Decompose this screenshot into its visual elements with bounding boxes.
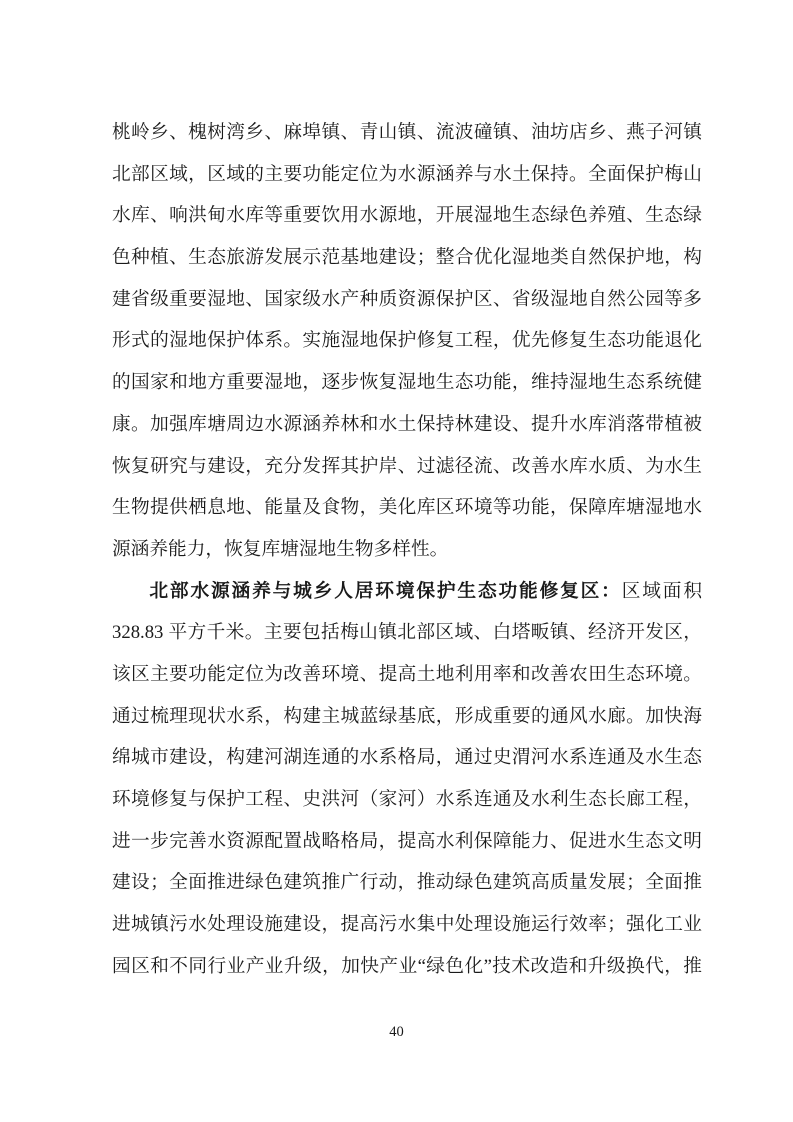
section-heading-continuation: 区域面积	[622, 581, 702, 602]
section-heading-line: 北部水源涵养与城乡人居环境保护生态功能修复区：区域面积	[112, 571, 702, 613]
section-heading: 北部水源涵养与城乡人居环境保护生态功能修复区：	[149, 581, 621, 602]
text-line: 北部区域，区域的主要功能定位为水源涵养与水土保持。全面保护梅山	[112, 154, 702, 196]
paragraph-last-line: 源涵养能力，恢复库塘湿地生物多样性。	[112, 529, 702, 571]
text-line: 桃岭乡、槐树湾乡、麻埠镇、青山镇、流波䃥镇、油坊店乡、燕子河镇	[112, 112, 702, 154]
text-line: 建设；全面推进绿色建筑推广行动，推动绿色建筑高质量发展；全面推	[112, 862, 702, 904]
text-line: 形式的湿地保护体系。实施湿地保护修复工程，优先修复生态功能退化	[112, 320, 702, 362]
text-line: 生物提供栖息地、能量及食物，美化库区环境等功能，保障库塘湿地水	[112, 487, 702, 529]
text-line: 绵城市建设，构建河湖连通的水系格局，通过史渭河水系连通及水生态	[112, 737, 702, 779]
text-line: 环境修复与保护工程、史洪河（家河）水系连通及水利生态长廊工程，	[112, 779, 702, 821]
text-line: 色种植、生态旅游发展示范基地建设；整合优化湿地类自然保护地，构	[112, 237, 702, 279]
text-line: 进城镇污水处理设施建设，提高污水集中处理设施运行效率；强化工业	[112, 904, 702, 946]
text-line: 该区主要功能定位为改善环境、提高土地利用率和改善农田生态环境。	[112, 654, 702, 696]
text-line: 水库、响洪甸水库等重要饮用水源地，开展湿地生态绿色养殖、生态绿	[112, 195, 702, 237]
text-line: 进一步完善水资源配置战略格局，提高水利保障能力、促进水生态文明	[112, 821, 702, 863]
text-line: 328.83 平方千米。主要包括梅山镇北部区域、白塔畈镇、经济开发区，	[112, 612, 702, 654]
document-body: 桃岭乡、槐树湾乡、麻埠镇、青山镇、流波䃥镇、油坊店乡、燕子河镇 北部区域，区域的…	[112, 112, 702, 987]
text-line: 通过梳理现状水系，构建主城蓝绿基底，形成重要的通风水廊。加快海	[112, 696, 702, 738]
text-line: 康。加强库塘周边水源涵养林和水土保持林建设、提升水库消落带植被	[112, 404, 702, 446]
text-line: 的国家和地方重要湿地，逐步恢复湿地生态功能，维持湿地生态系统健	[112, 362, 702, 404]
text-line: 建省级重要湿地、国家级水产种质资源保护区、省级湿地自然公园等多	[112, 279, 702, 321]
page-number: 40	[0, 1024, 793, 1041]
text-line: 恢复研究与建设，充分发挥其护岸、过滤径流、改善水库水质、为水生	[112, 446, 702, 488]
document-page: 桃岭乡、槐树湾乡、麻埠镇、青山镇、流波䃥镇、油坊店乡、燕子河镇 北部区域，区域的…	[0, 0, 793, 1122]
text-line: 园区和不同行业产业升级，加快产业“绿色化”技术改造和升级换代，推	[112, 946, 702, 988]
